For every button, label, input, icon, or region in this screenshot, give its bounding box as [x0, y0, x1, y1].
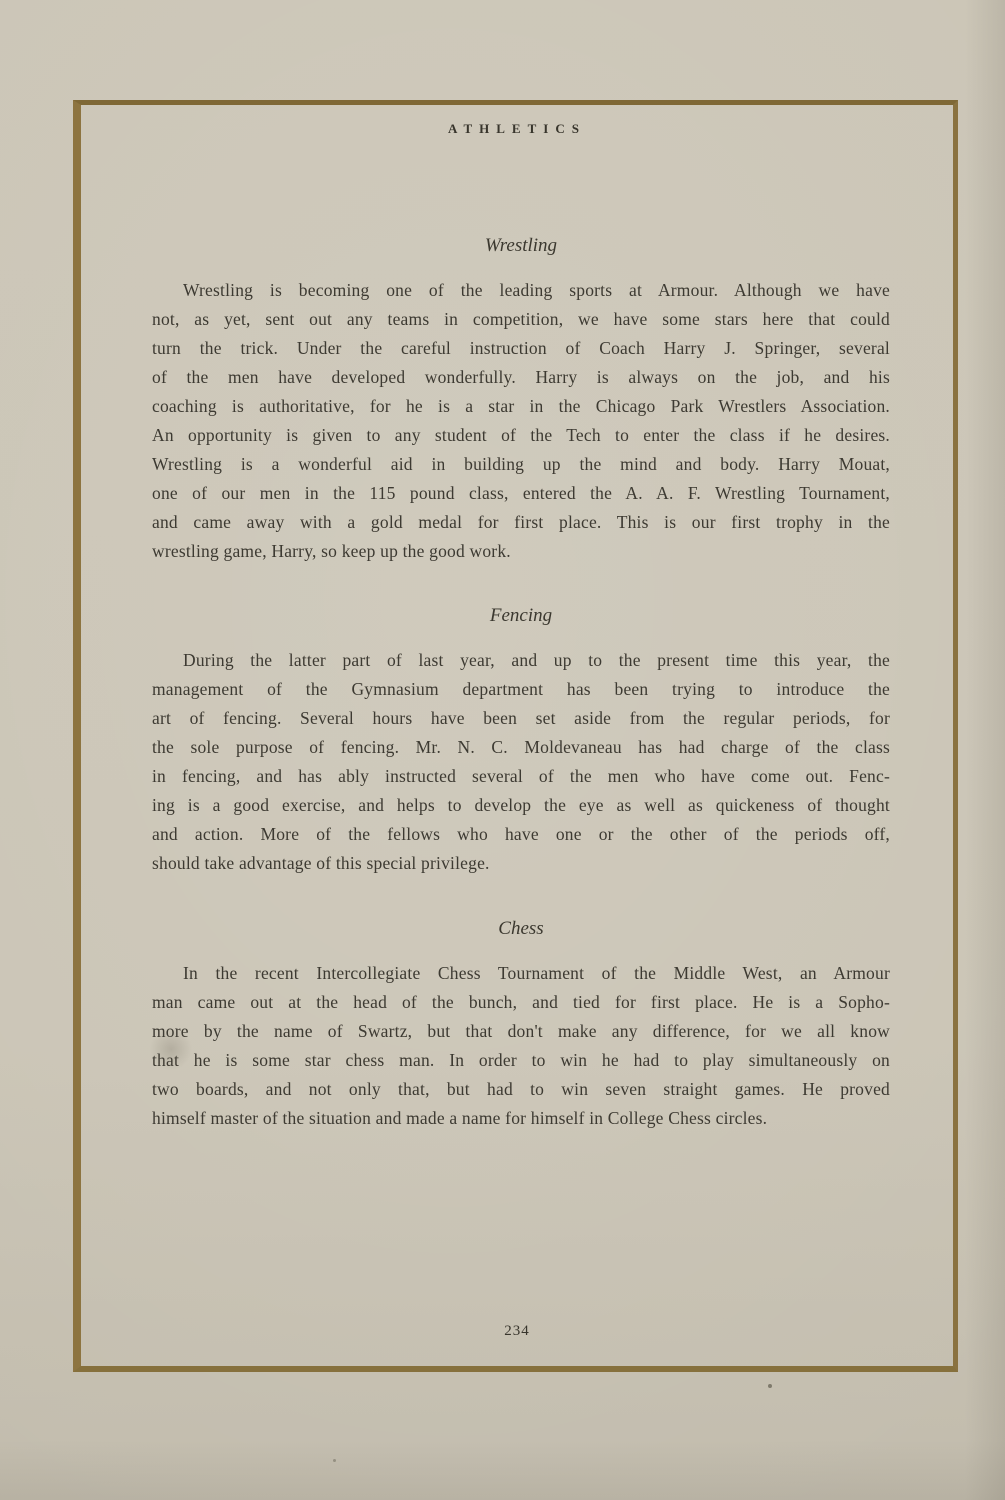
text-line: Wrestling is becoming one of the leading…: [152, 276, 890, 305]
text-line: should take advantage of this special pr…: [152, 849, 890, 878]
paragraph-wrestling: Wrestling is becoming one of the leading…: [152, 276, 890, 566]
section-heading-chess: Chess: [152, 916, 890, 942]
scan-speck: [768, 1384, 772, 1388]
text-line: himself master of the situation and made…: [152, 1104, 890, 1133]
text-line: ing is a good exercise, and helps to dev…: [152, 791, 890, 820]
text-line: turn the trick. Under the careful instru…: [152, 334, 890, 363]
page-border-frame: ATHLETICS WrestlingWrestling is becoming…: [73, 100, 958, 1372]
text-line: of the men have developed wonderfully. H…: [152, 363, 890, 392]
text-line: not, as yet, sent out any teams in compe…: [152, 305, 890, 334]
text-line: art of fencing. Several hours have been …: [152, 704, 890, 733]
scanned-page: ATHLETICS WrestlingWrestling is becoming…: [0, 0, 1005, 1500]
text-line: two boards, and not only that, but had t…: [152, 1075, 890, 1104]
running-header: ATHLETICS: [81, 121, 953, 137]
scan-smudge: [148, 1026, 194, 1072]
text-line: Wrestling is a wonderful aid in building…: [152, 450, 890, 479]
scan-speck: [333, 1459, 336, 1462]
paragraph-chess: In the recent Intercollegiate Chess Tour…: [152, 959, 890, 1133]
text-line: in fencing, and has ably instructed seve…: [152, 762, 890, 791]
section-heading-fencing: Fencing: [152, 603, 890, 629]
text-line: more by the name of Swartz, but that don…: [152, 1017, 890, 1046]
text-line: and came away with a gold medal for firs…: [152, 508, 890, 537]
section-heading-wrestling: Wrestling: [152, 233, 890, 259]
paragraph-fencing: During the latter part of last year, and…: [152, 646, 890, 878]
text-line: In the recent Intercollegiate Chess Tour…: [152, 959, 890, 988]
page-number: 234: [81, 1323, 953, 1340]
text-line: man came out at the head of the bunch, a…: [152, 988, 890, 1017]
page-body: WrestlingWrestling is becoming one of th…: [152, 233, 890, 1133]
text-line: one of our men in the 115 pound class, e…: [152, 479, 890, 508]
text-line: During the latter part of last year, and…: [152, 646, 890, 675]
text-line: the sole purpose of fencing. Mr. N. C. M…: [152, 733, 890, 762]
text-line: An opportunity is given to any student o…: [152, 421, 890, 450]
text-line: wrestling game, Harry, so keep up the go…: [152, 537, 890, 566]
text-line: that he is some star chess man. In order…: [152, 1046, 890, 1075]
text-line: management of the Gymnasium department h…: [152, 675, 890, 704]
text-line: and action. More of the fellows who have…: [152, 820, 890, 849]
text-line: coaching is authoritative, for he is a s…: [152, 392, 890, 421]
